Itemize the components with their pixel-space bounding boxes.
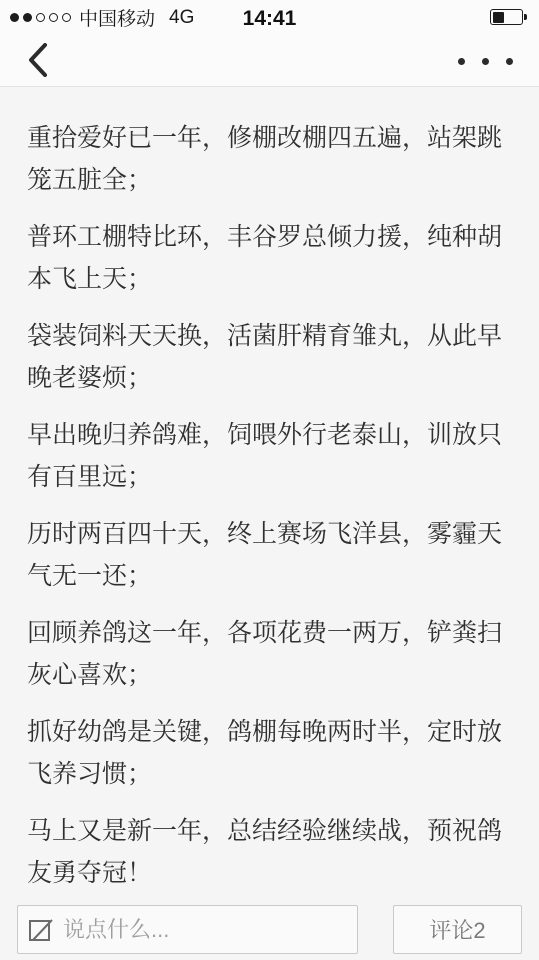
paragraph: 回顾养鸽这一年，各项花费一两万，铲粪扫 灰心喜欢；: [27, 612, 512, 696]
comment-input-box[interactable]: [17, 905, 358, 954]
paragraph: 袋装饲料天天换，活菌肝精育雏丸，从此早 晚老婆烦；: [27, 315, 512, 399]
comments-button[interactable]: 评论2: [393, 905, 522, 954]
battery-nub: [524, 14, 527, 20]
top-chrome: 中国移动 4G 14:41: [0, 0, 539, 87]
battery-fill: [493, 12, 504, 23]
paragraph-line: 普环工棚特比环，丰谷罗总倾力援，纯种胡: [27, 216, 512, 258]
status-bar: 中国移动 4G 14:41: [0, 0, 539, 35]
paragraph-line: 友勇夺冠！: [27, 852, 512, 894]
paragraph: 历时两百四十天，终上赛场飞洋县，雾霾天 气无一还；: [27, 513, 512, 597]
paragraph-line: 本飞上天；: [27, 258, 512, 300]
article-body: 重拾爱好已一年，修棚改棚四五遍，站架跳 笼五脏全； 普环工棚特比环，丰谷罗总倾力…: [0, 87, 539, 896]
clock-label: 14:41: [0, 7, 539, 31]
battery-icon: [490, 9, 527, 25]
ellipsis-icon: [482, 58, 489, 65]
paragraph-line: 抓好幼鸽是关键，鸽棚每晚两时半，定时放: [27, 711, 512, 753]
paragraph-line: 晚老婆烦；: [27, 357, 512, 399]
nav-bar: [0, 35, 539, 86]
paragraph: 普环工棚特比环，丰谷罗总倾力援，纯种胡 本飞上天；: [27, 216, 512, 300]
ellipsis-icon: [458, 58, 465, 65]
paragraph: 抓好幼鸽是关键，鸽棚每晚两时半，定时放 飞养习惯；: [27, 711, 512, 795]
paragraph-line: 历时两百四十天，终上赛场飞洋县，雾霾天: [27, 513, 512, 555]
paragraph-line: 重拾爱好已一年，修棚改棚四五遍，站架跳: [27, 117, 512, 159]
paragraph-line: 气无一还；: [27, 555, 512, 597]
paragraph-line: 回顾养鸽这一年，各项花费一两万，铲粪扫: [27, 612, 512, 654]
paragraph: 早出晚归养鸽难，饲喂外行老泰山，训放只 有百里远；: [27, 414, 512, 498]
paragraph-line: 早出晚归养鸽难，饲喂外行老泰山，训放只: [27, 414, 512, 456]
paragraph-line: 袋装饲料天天换，活菌肝精育雏丸，从此早: [27, 315, 512, 357]
paragraph-line: 飞养习惯；: [27, 753, 512, 795]
compose-pencil-icon: [28, 917, 54, 943]
ellipsis-icon: [506, 58, 513, 65]
paragraph-line: 笼五脏全；: [27, 159, 512, 201]
paragraph-line: 有百里远；: [27, 456, 512, 498]
back-button[interactable]: [18, 38, 58, 82]
comment-input[interactable]: [63, 917, 347, 943]
battery-body: [490, 9, 523, 25]
chevron-left-icon: [28, 43, 48, 77]
paragraph-line: 灰心喜欢；: [27, 654, 512, 696]
composer-bar: 评论2: [0, 896, 539, 960]
paragraph: 重拾爱好已一年，修棚改棚四五遍，站架跳 笼五脏全；: [27, 117, 512, 201]
paragraph-line: 马上又是新一年，总结经验继续战，预祝鸽: [27, 810, 512, 852]
paragraph: 马上又是新一年，总结经验继续战，预祝鸽 友勇夺冠！: [27, 810, 512, 894]
more-menu-button[interactable]: [449, 45, 521, 77]
